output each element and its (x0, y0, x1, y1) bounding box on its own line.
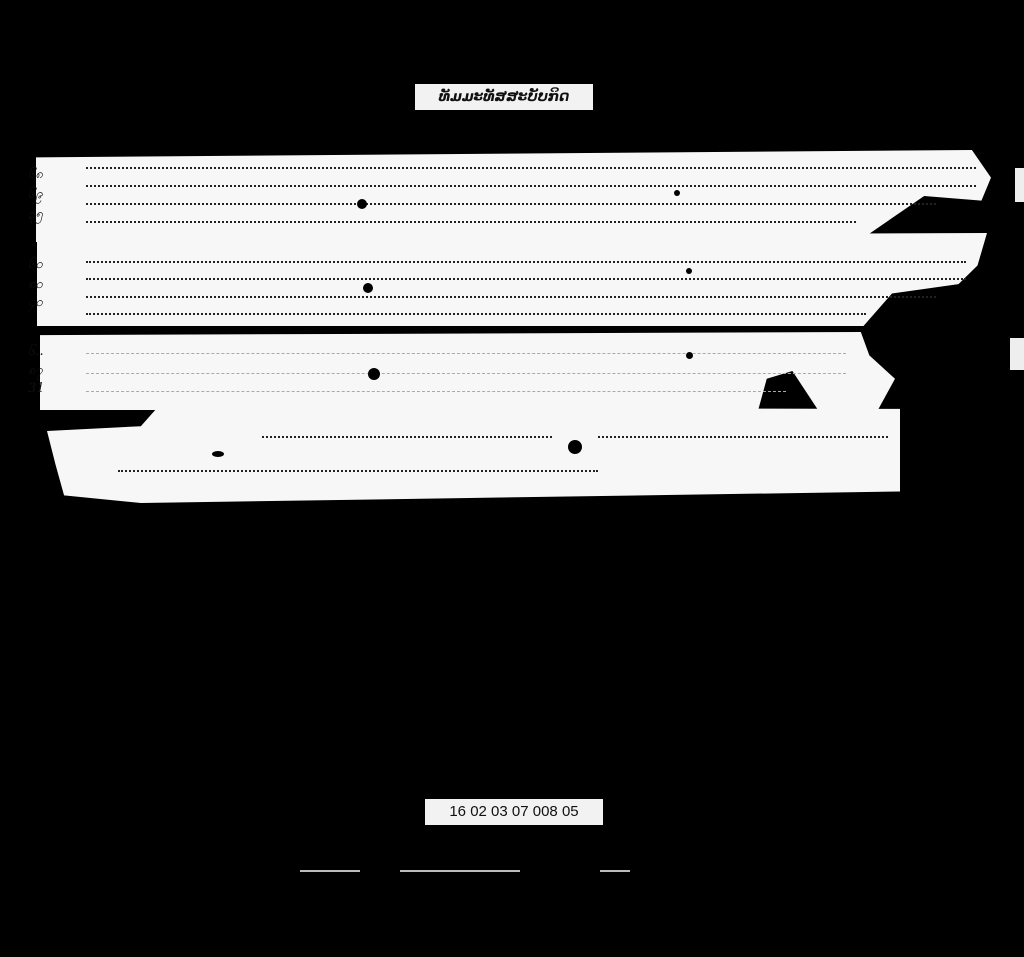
faded-text-line (86, 386, 786, 397)
binding-hole (674, 190, 680, 196)
binding-hole (686, 352, 693, 359)
binding-hole (368, 368, 380, 380)
binding-hole (686, 268, 692, 274)
palm-leaf-4-colophon (47, 407, 900, 503)
colophon-line (598, 431, 888, 442)
folio-number: ၈၇ (28, 362, 43, 381)
adjacent-leaf-edge (1015, 168, 1024, 202)
folio-number: ၆၉ (28, 186, 43, 205)
folio-number: ၃၅ (28, 206, 43, 225)
text-line (86, 291, 936, 302)
faded-text-line (86, 368, 846, 379)
text-line (86, 198, 936, 209)
damage-spot (212, 451, 224, 457)
folio-number: ၆.. (28, 343, 44, 362)
folio-number: 31 (28, 381, 45, 396)
binding-hole (568, 440, 582, 454)
binding-hole (357, 199, 367, 209)
text-line (86, 162, 976, 173)
colophon-line (262, 431, 552, 442)
text-line (86, 256, 966, 267)
manuscript-title-label: ທັມມະທັສສະບັບກິດ (415, 84, 593, 110)
adjacent-leaf-edge (1010, 338, 1024, 370)
scan-artifact (400, 870, 520, 872)
scan-artifact (600, 870, 630, 872)
colophon-line (118, 465, 598, 476)
folio-number: ၆၀ (28, 256, 43, 275)
text-line (86, 273, 966, 284)
text-line (86, 180, 976, 191)
folio-number: ၈၀ (28, 276, 43, 295)
catalogue-number-label: 16 02 03 07 008 05 (425, 799, 603, 825)
text-line (86, 216, 856, 227)
folio-number: ၆၈ (28, 166, 43, 185)
folio-number: ၄၀ (28, 294, 43, 313)
text-line (86, 308, 866, 319)
faded-text-line (86, 348, 846, 359)
scan-artifact (300, 870, 360, 872)
binding-hole (363, 283, 373, 293)
